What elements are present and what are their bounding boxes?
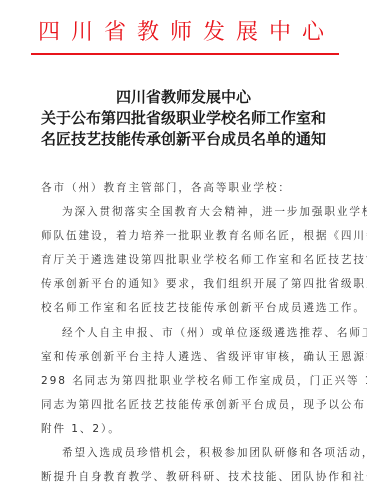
paragraph-line: 经个人自主申报、市（州）或单位逐级遴选推荐、名师工作 — [62, 326, 337, 340]
paragraph-line: 传承创新平台的通知》要求，我们组织开展了第四批省级职业学 — [41, 277, 337, 291]
paragraph-line: 育厅关于遴选建设第四批职业学校名师工作室和名匠技艺技能 — [41, 253, 337, 267]
paragraph-line: 师队伍建设，着力培养一批职业教育名师名匠，根据《四川省教 — [41, 229, 337, 243]
organization-masthead: 四川省教师发展中心 — [0, 19, 367, 47]
masthead-divider — [31, 53, 339, 55]
paragraph-line: 校名师工作室和名匠技艺技能传承创新平台成员遴选工作。 — [41, 301, 337, 315]
paragraph-line: 为深入贯彻落实全国教育大会精神，进一步加强职业学校教 — [62, 205, 337, 219]
document-title-line-2: 关于公布第四批省级职业学校名师工作室和 — [0, 108, 367, 128]
paragraph-line: 同志为第四批名匠技艺技能传承创新平台成员，现予以公布（见 — [41, 398, 337, 412]
paragraph-line: 298 名同志为第四批职业学校名师工作室成员，门正兴等 145 名 — [41, 374, 337, 388]
paragraph-line: 断提升自身教育教学、教研科研、技术技能、团队协作和社会服 — [41, 470, 337, 484]
document-title-line-1: 四川省教师发展中心 — [0, 87, 367, 107]
paragraph-line: 室和传承创新平台主持人遴选、省级评审审核，确认王恩源等 — [41, 350, 337, 364]
document-title-line-3: 名匠技艺技能传承创新平台成员名单的通知 — [0, 129, 367, 149]
paragraph-line: 希望入选成员珍惜机会，积极参加团队研修和各项活动，不 — [62, 446, 337, 460]
salutation: 各市（州）教育主管部门，各高等职业学校： — [41, 181, 337, 195]
paragraph-line: 附件 1、2）。 — [41, 422, 337, 436]
